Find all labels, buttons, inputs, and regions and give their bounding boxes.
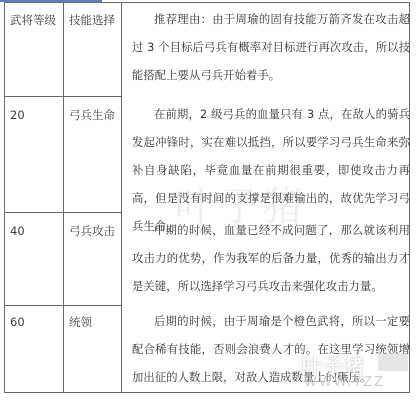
table-border-left bbox=[4, 2, 5, 393]
header-level: 武将等级 bbox=[10, 13, 56, 27]
table-border-top bbox=[4, 2, 410, 3]
row-1-level: 20 bbox=[10, 108, 25, 122]
row-3-skill: 统领 bbox=[69, 315, 92, 329]
row-2-skill: 弓兵攻击 bbox=[69, 224, 115, 238]
row-divider-3 bbox=[4, 305, 122, 306]
row-divider-1 bbox=[4, 96, 122, 97]
watermark-logo-box bbox=[378, 353, 408, 371]
site-watermark: 叶子猪 WWW.YZZ bbox=[300, 350, 410, 398]
intro-paragraph: 推荐理由：由于周瑜的固有技能万箭齐发在攻击超过 3 个目标后弓兵有概率对目标进行… bbox=[132, 6, 410, 90]
center-watermark: 叶子猪 bbox=[175, 175, 307, 232]
row-3-level: 60 bbox=[10, 315, 25, 329]
row-divider-2 bbox=[4, 212, 122, 213]
watermark-url: WWW.YZZ bbox=[304, 375, 385, 390]
description-intro: 推荐理由：由于周瑜的固有技能万箭齐发在攻击超过 3 个目标后弓兵有概率对目标进行… bbox=[132, 6, 410, 90]
column-divider-1 bbox=[63, 2, 64, 393]
header-skill: 技能选择 bbox=[69, 13, 115, 27]
column-divider-2 bbox=[121, 2, 122, 393]
row-2-level: 40 bbox=[10, 224, 25, 238]
row-1-skill: 弓兵生命 bbox=[69, 108, 115, 122]
